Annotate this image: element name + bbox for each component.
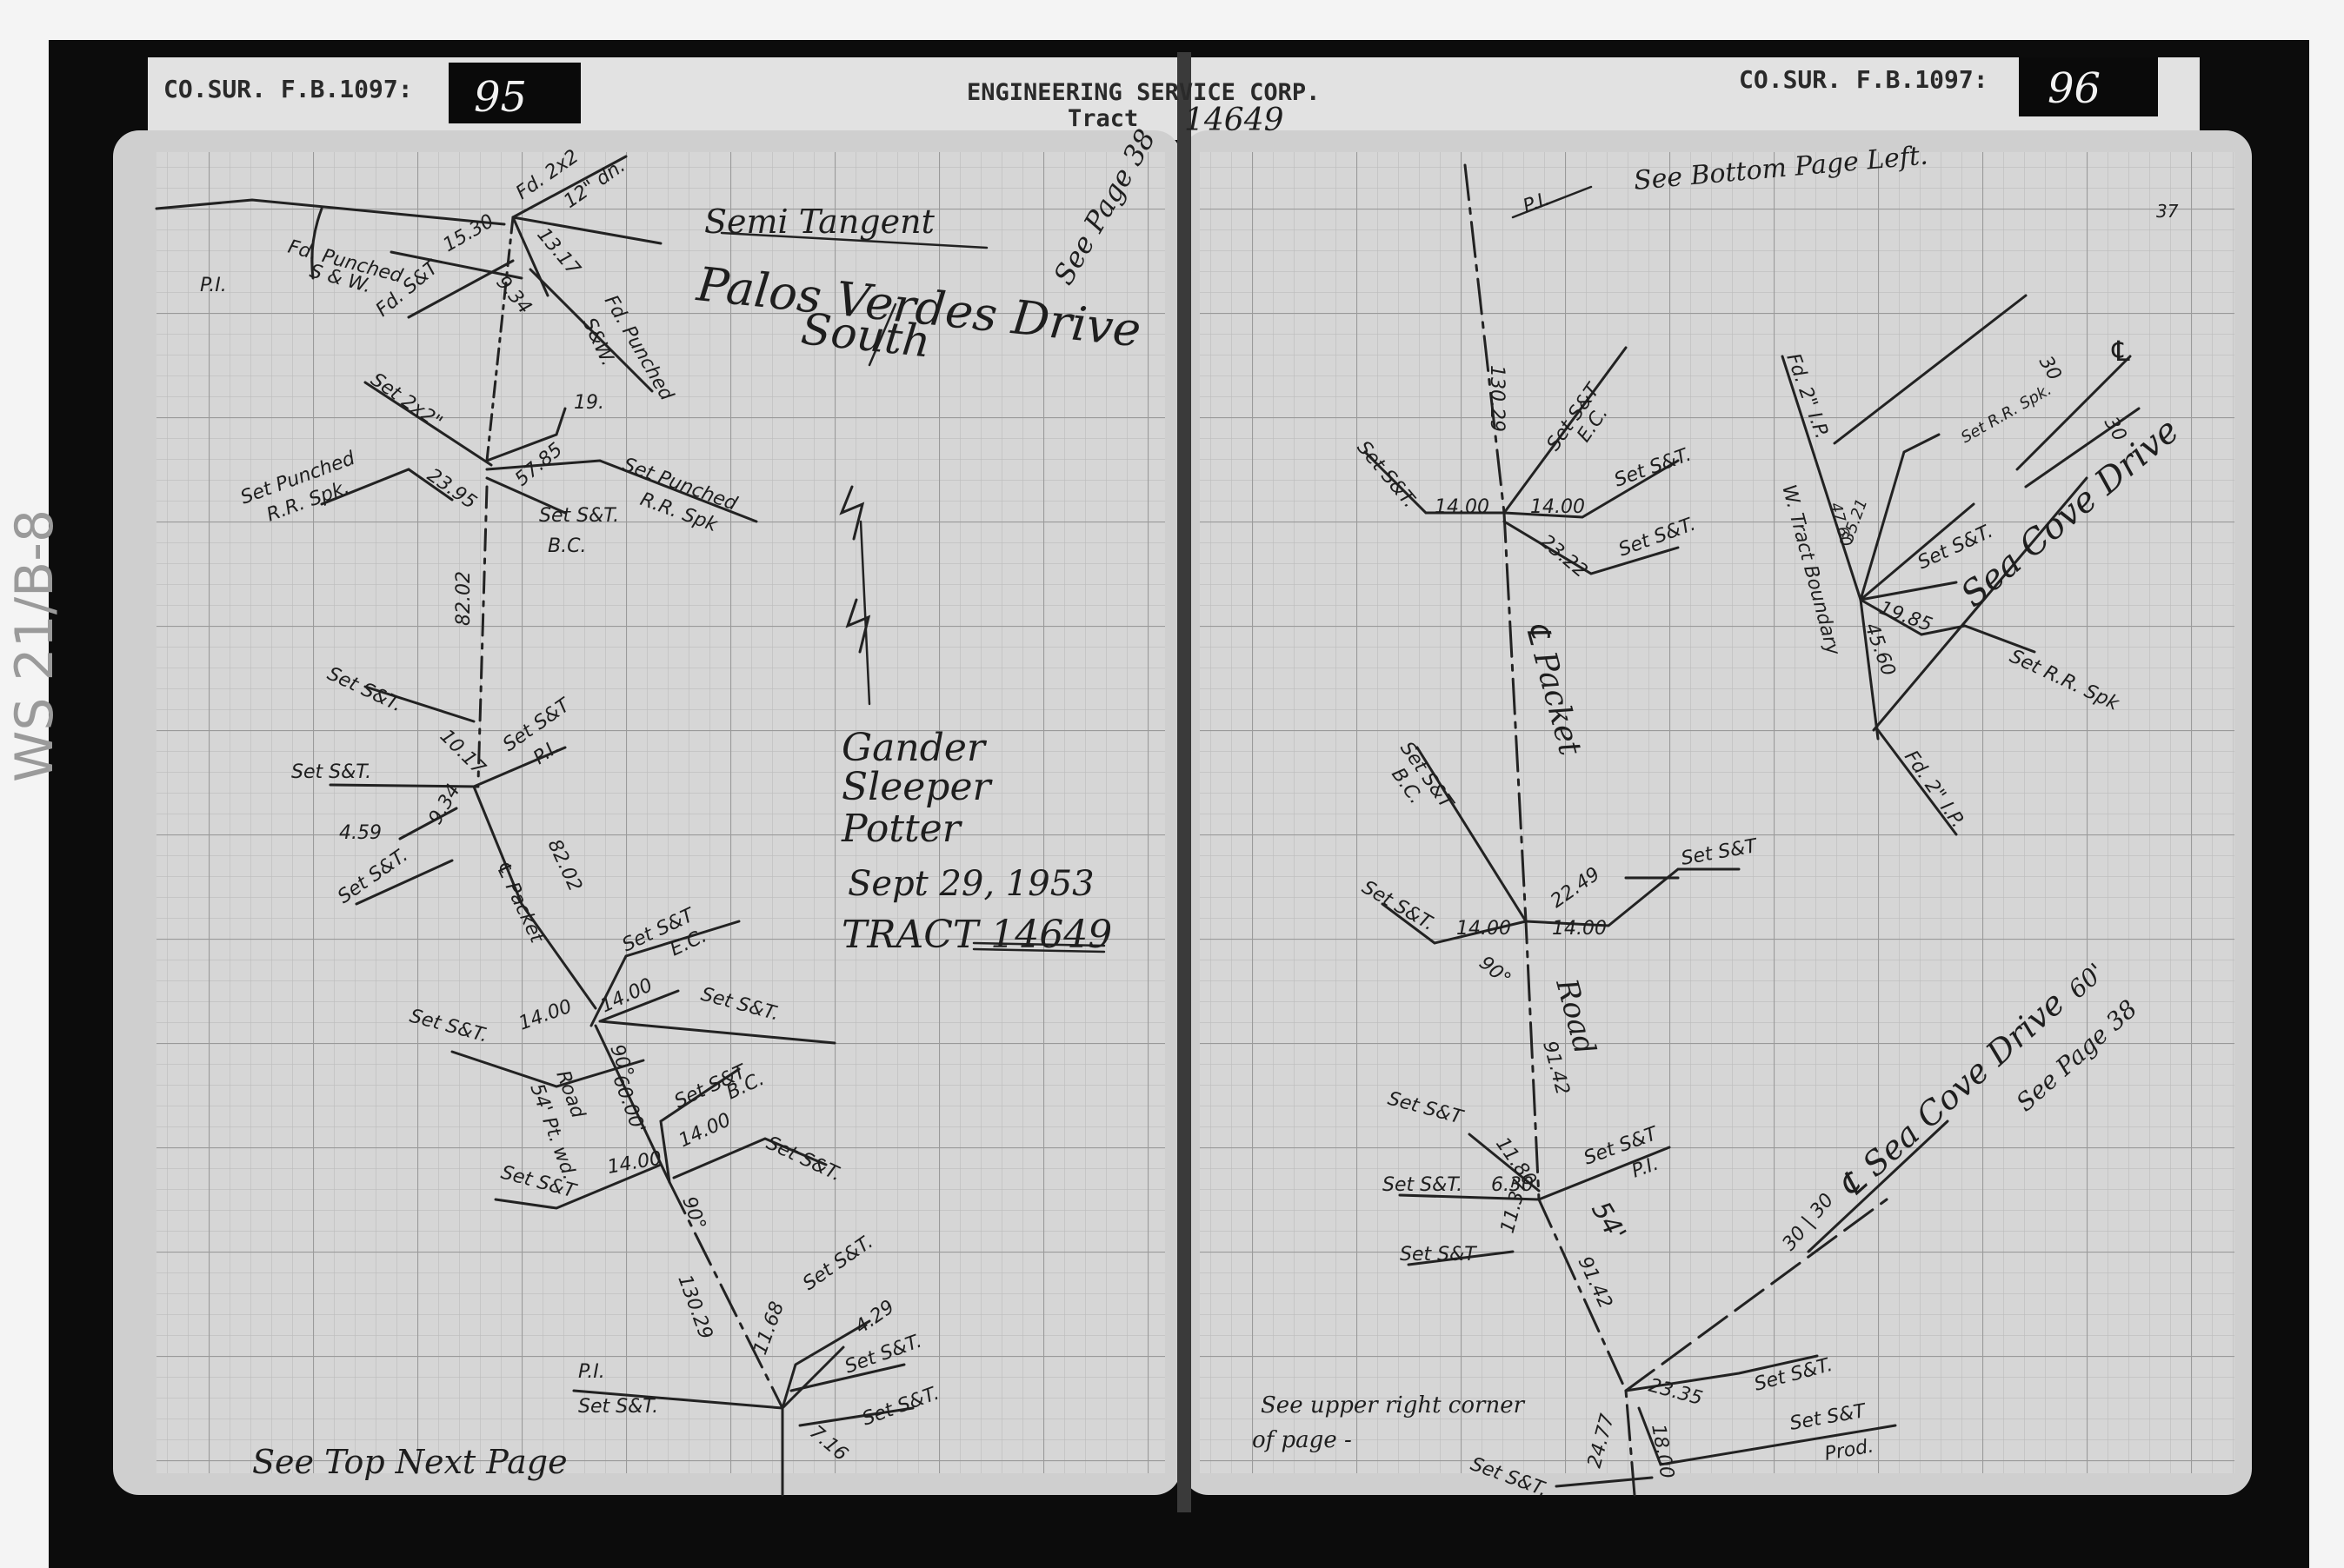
semi-tangent: Semi Tangent: [704, 203, 936, 241]
tract-number: 14649: [1184, 103, 1284, 138]
label-bc: B.C.: [548, 535, 586, 557]
label-19: 19.: [574, 392, 604, 414]
label-4-59: 4.59: [339, 822, 382, 844]
label-set-s-t-10: Set S&T.: [578, 1396, 658, 1418]
crew-member-1: Gander: [842, 726, 988, 770]
survey-date: Sept 29, 1953: [848, 864, 1095, 904]
book-gutter: [1177, 52, 1191, 1512]
label-14-00-b: 14.00: [1530, 496, 1585, 518]
footer-note: See Top Next Page: [252, 1443, 568, 1481]
label-82-02-a: 82.02: [453, 571, 475, 626]
left-book-ref: CO.SUR. F.B.1097:: [163, 75, 413, 103]
label-pi-top: P.I.: [200, 275, 227, 296]
label-14-00-a: 14.00: [1435, 496, 1489, 518]
label-set-s-t-2: Set S&T.: [291, 761, 371, 783]
label-set-s-t-bc: Set S&T.: [539, 505, 619, 527]
crew-member-3: Potter: [841, 807, 963, 851]
see-upper-right-1: See upper right corner: [1261, 1392, 1526, 1419]
margin-note: WS 21/B-8: [4, 509, 65, 782]
label-set-s-t-8: Set S&T: [1400, 1244, 1477, 1266]
field-book-scan: CO.SUR. F.B.1097: 95 ENGINEERING SERVICE…: [0, 0, 2344, 1568]
crew-member-2: Sleeper: [842, 765, 993, 809]
label-14-00-d: 14.00: [1552, 918, 1607, 940]
left-page-number: 95: [474, 73, 527, 122]
right-book-ref: CO.SUR. F.B.1097:: [1739, 65, 1988, 94]
label-pi-2: P.I.: [578, 1361, 605, 1383]
label-130-29: 130.29: [1486, 365, 1508, 432]
tract-title: TRACT 14649: [842, 913, 1112, 957]
see-upper-right-2: of page -: [1252, 1427, 1352, 1453]
right-page-number: 96: [2048, 64, 2101, 113]
page-tag: 37: [2156, 201, 2179, 222]
right-page: [1182, 130, 2252, 1495]
label-set-s-t-7: Set S&T.: [1382, 1174, 1462, 1196]
tract-label: Tract: [1068, 105, 1138, 132]
label-14-00-c: 14.00: [1456, 918, 1511, 940]
label-cl-mark: ℄: [2108, 335, 2134, 368]
